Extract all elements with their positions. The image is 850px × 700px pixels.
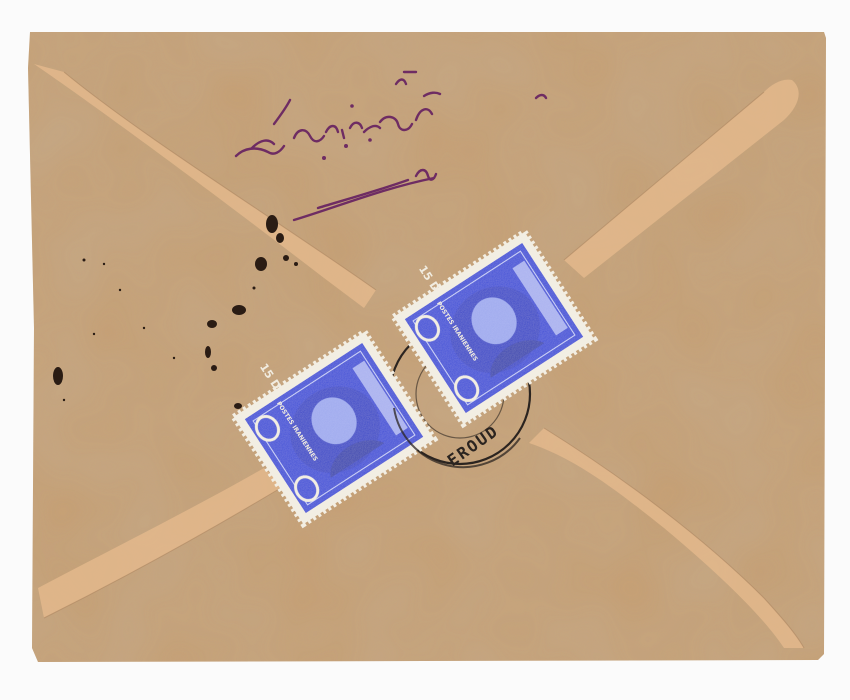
envelope-graphic bbox=[24, 28, 830, 664]
envelope: 15 D POSTES IRANIENNES 15 D POSTES IRANI… bbox=[24, 28, 830, 664]
photo-scene: 15 D POSTES IRANIENNES 15 D POSTES IRANI… bbox=[0, 0, 850, 700]
